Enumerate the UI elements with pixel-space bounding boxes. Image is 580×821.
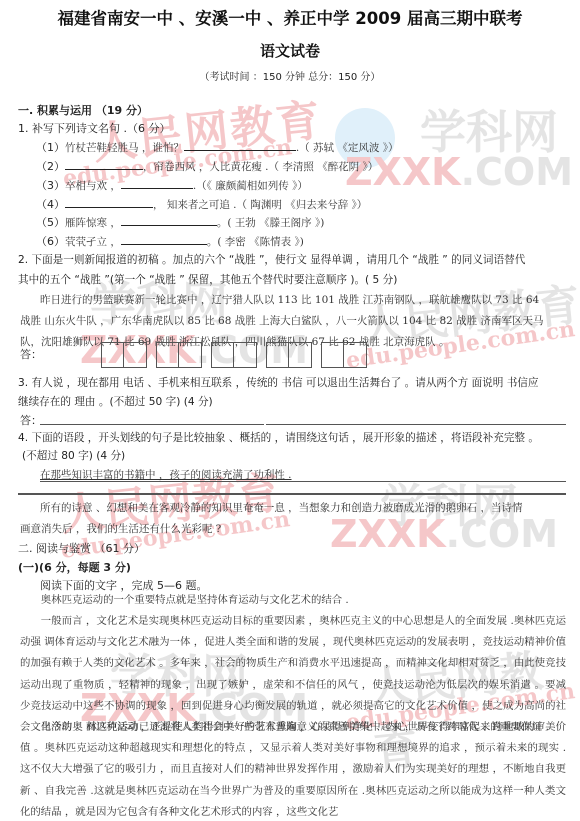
q1-item-4: （4）， 知来者之可追 .（ 陶渊明 《归去来兮辞 》） [36, 196, 367, 212]
watermark-zxxk-b: .COM [446, 512, 558, 556]
exam-title: 福建省南安一中 、安溪一中 、养正中学 2009 届高三期中联考 [0, 5, 580, 29]
item-source: ，帘卷西风 ，人比黄花瘦 .（ 李清照 《醉花阴 》） [143, 161, 378, 173]
q3-prompt-line2: 继续存在的 理由 。(不超过 50 字) (4 分) [18, 394, 213, 409]
q3-answer-line-b[interactable] [266, 424, 566, 425]
q2-answer-label: 答： [20, 346, 42, 362]
item-number: （6） [36, 235, 65, 248]
section2-sub1-heading: (一)(6 分，每题 3 分) [18, 559, 131, 575]
q1-prompt: 1. 补写下列诗文名句 .（6 分） [18, 120, 170, 136]
exam-info: （考试时间 ：150 分钟 总分：150 分） [0, 68, 580, 83]
watermark-zxxk-b: .COM [461, 150, 573, 194]
q2-prompt-line1: 2. 下面是一则新闻报道的初稿 。加点的六个 “战胜 ”，使行文 显得单调 ，请… [18, 252, 525, 267]
q4-closing-line2: 画意消失后 ，我们的生活还有什么光彩呢 ? [20, 521, 221, 536]
item-number: （2） [36, 160, 65, 173]
answer-blank[interactable] [65, 196, 153, 208]
item-text: 茕茕孑立 ， [65, 236, 121, 248]
exam-subject: 语文试卷 [0, 40, 580, 61]
q4-underlined-sentence: 在那些知识丰富的书籍中 ，孩子的阅读充满了功利性 . [40, 467, 292, 482]
q4-prompt-line2: (不超过 80 字) (4 分) [22, 448, 125, 463]
item-number: （3） [36, 179, 65, 192]
exam-page: 人民网教育 edu.people.com.cn 学科网 ZXXK.COM 学科网… [0, 0, 580, 821]
watermark-zxxk-url: ZXXK.COM [345, 150, 573, 194]
answer-blank[interactable] [121, 214, 217, 226]
q4-answer-line-2[interactable] [18, 493, 566, 495]
answer-box-2[interactable] [156, 342, 202, 368]
section1-heading: 一. 积累与运用 （19 分） [18, 102, 148, 118]
item-text: 竹杖芒鞋轻胜马 ，谁怕？ [65, 142, 184, 154]
item-number: （4） [36, 198, 65, 211]
watermark-zxxk-url-3: ZXXK.COM [330, 512, 558, 556]
item-text: 卒相与欢 ， [65, 180, 121, 192]
q1-item-3: （3）卒相与欢 ，.（《 廉颇蔺相如列传 》） [36, 177, 308, 193]
answer-box-3[interactable] [211, 342, 257, 368]
answer-box-1[interactable] [101, 342, 147, 368]
item-source: 。( 李密 《陈情表 》) [207, 236, 304, 248]
q4-prompt-line1: 4. 下面的语段 ，开头划线的句子是比较抽象 、概括的 ，请围绕这句话 ，展开形… [18, 430, 539, 445]
answer-blank[interactable] [121, 233, 207, 245]
watermark-zxxk-a: ZXXK [330, 512, 446, 556]
answer-box-4[interactable] [266, 342, 312, 368]
q3-answer-line-a[interactable] [40, 424, 264, 425]
item-source: ， 知来者之可追 .（ 陶渊明 《归去来兮辞 》） [153, 199, 367, 211]
item-source: .（ 苏轼 《定风波 》） [296, 142, 399, 154]
passage-paragraph-1: 奥林匹克运动的一个重要特点就是坚持体育运动与文化艺术的结合 . [20, 590, 566, 611]
watermark-zxxk-cn: 学科网 [420, 96, 558, 162]
q1-item-2: （2），帘卷西风 ，人比黄花瘦 .（ 李清照 《醉花阴 》） [36, 158, 378, 174]
answer-blank[interactable] [184, 139, 296, 151]
q2-passage-line1: 昨日进行的男篮联赛新一轮比赛中 ，辽宁猎人队以 113 比 101 战胜 江苏南… [40, 292, 539, 307]
q2-prompt-line2: 其中的五个 “战胜 ”(第一个 “战胜 ” 保留，其他五个替代时要注意顺序 )。… [18, 272, 397, 287]
item-number: （5） [36, 216, 65, 229]
q4-closing-line1: 所有的诗意 、幻想和美在客观冷静的知识里奄奄一息 ，当想象力和创造力被磨成光滑的… [40, 500, 523, 515]
q2-passage-line2: 战胜 山东火牛队 ，广东华南虎队以 85 比 68 战胜 上海大白鲨队 ，八一火… [20, 313, 544, 328]
q1-item-6: （6）茕茕孑立 ，。( 李密 《陈情表 》) [36, 233, 304, 249]
item-source: 。( 王勃 《滕王阁序 》) [217, 217, 324, 229]
q2-answer-boxes [101, 342, 367, 368]
section2-heading: 二. 阅读与鉴赏 （61 分） [18, 540, 145, 556]
item-source: .（《 廉颇蔺相如列传 》） [193, 180, 308, 192]
answer-blank[interactable] [121, 177, 193, 189]
item-text: 雁阵惊寒 ， [65, 217, 121, 229]
item-number: （1） [36, 141, 65, 154]
answer-blank[interactable] [65, 158, 143, 170]
q1-item-1: （1）竹杖芒鞋轻胜马 ，谁怕？.（ 苏轼 《定风波 》） [36, 139, 398, 155]
q3-answer-label: 答： [20, 412, 42, 428]
answer-box-5[interactable] [321, 342, 367, 368]
q4-answer-line-1[interactable] [40, 481, 566, 482]
q1-item-5: （5）雁阵惊寒 ，。( 王勃 《滕王阁序 》) [36, 214, 324, 230]
q3-prompt-line1: 3. 有人说 ，现在都用 电话 、手机来相互联系 ，传统的 书信 可以退出生活舞… [18, 375, 539, 390]
passage-paragraph-3: 当今的奥 林匹克运动已逐渐将人类社会中一些带有普遍意义的真善美集中起来 ，具有了… [20, 717, 566, 821]
